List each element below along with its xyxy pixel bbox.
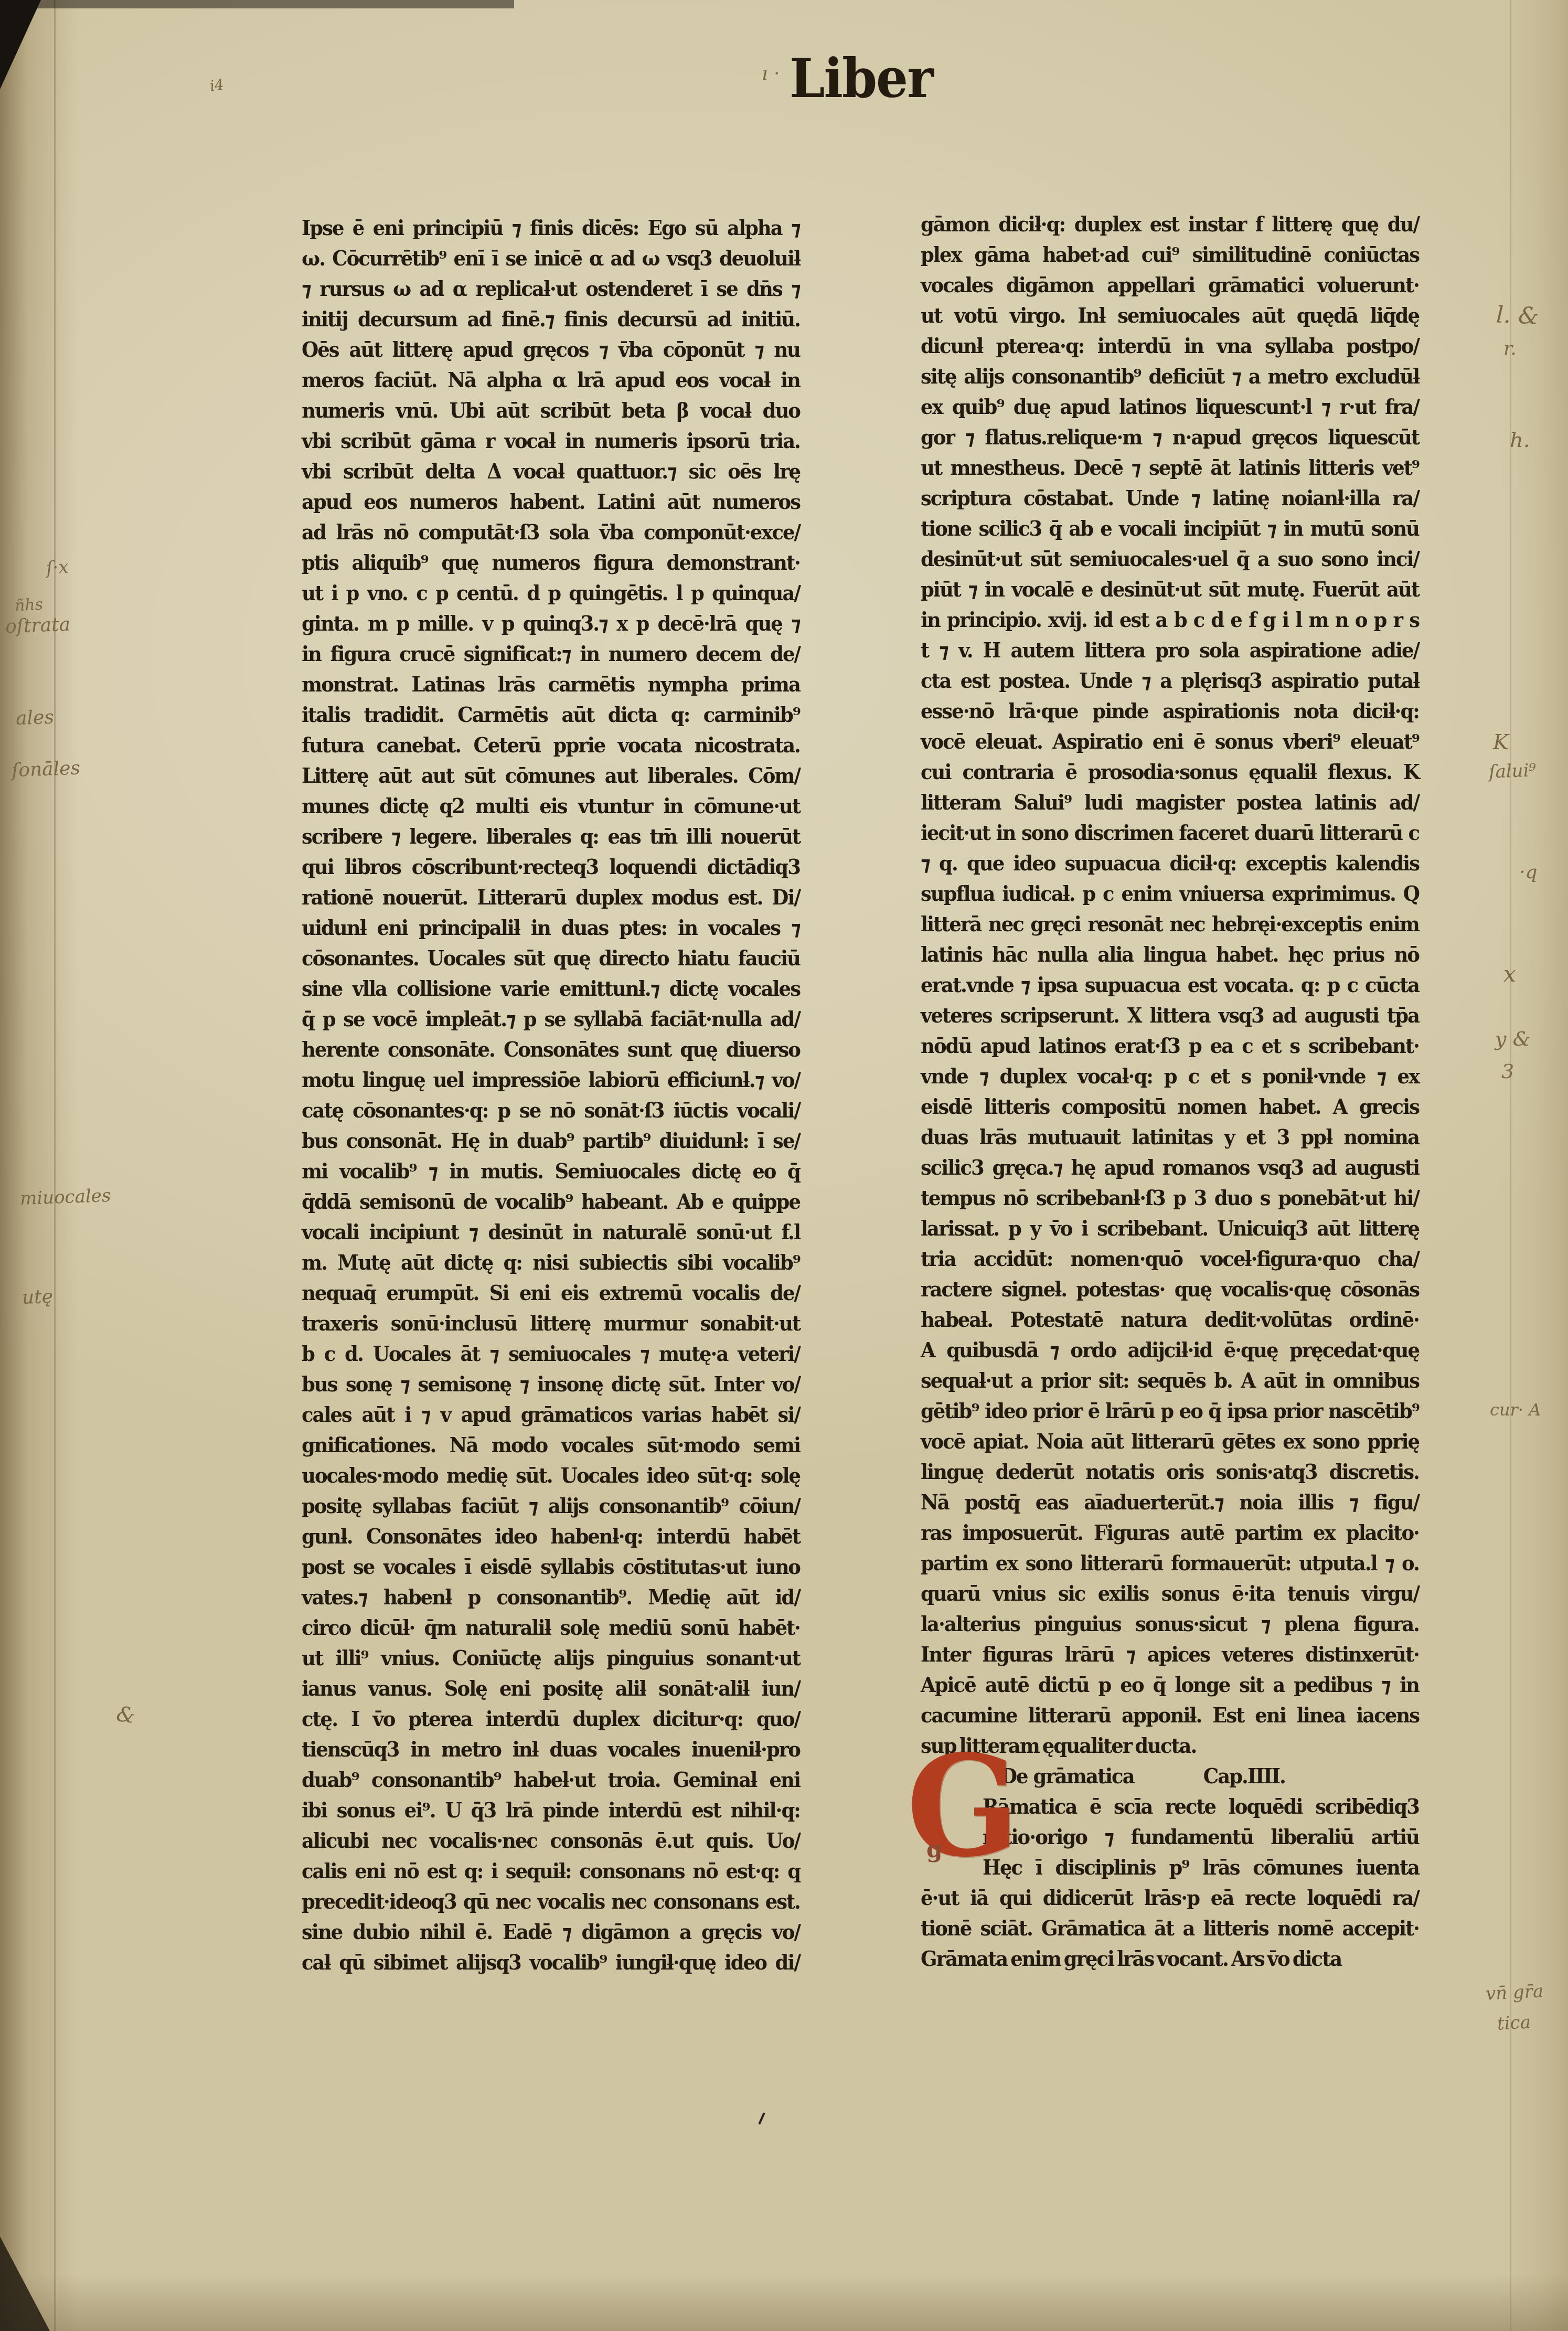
text-line: initij decursum ad finē.⁊ finis decursū …	[302, 303, 800, 335]
text-line: ginta. m p mille. v p quinq3.⁊ x p decē·…	[302, 608, 800, 639]
text-line: litteram Salui⁹ ludi magister postea lat…	[921, 786, 1419, 818]
text-line: piūt ⁊ in vocalē e desinūt·ut sūt mutę. …	[921, 573, 1419, 605]
text-line: positę syllabas faciūt ⁊ alijs consonant…	[302, 1490, 800, 1521]
text-line: Litterę aūt aut sūt cōmunes aut liberale…	[302, 760, 800, 791]
text-line: cui contraria ē prosodia·sonus ęqualiƚ f…	[921, 756, 1419, 787]
text-line: italis tradidit. Carmētis aūt dicta q: c…	[302, 699, 800, 730]
text-line: ractere signeƚ. potestas· quę vocalis·qu…	[921, 1273, 1419, 1305]
text-line: vocē apiat. Noia aūt litterarū gētes ex …	[921, 1425, 1419, 1457]
text-line: precedit·ideoq3 qū nec vocalis nec conso…	[302, 1886, 800, 1917]
text-line: ianus vanus. Solę eni positę aliƚ sonāt·…	[302, 1673, 800, 1704]
text-line: Oēs aūt litterę apud gręcos ⁊ v̄ba cōpon…	[302, 334, 800, 365]
text-line: m. Mutę aūt dictę q: nisi subiectis sibi…	[302, 1247, 800, 1278]
margin-annotation-left: ſ·x	[46, 557, 69, 579]
text-line: mi vocalib⁹ ⁊ in mutis. Semiuocales dict…	[302, 1155, 800, 1187]
text-line: cta est postea. Unde ⁊ a plęrisq3 aspira…	[921, 665, 1419, 696]
text-line: vocē eleuat. Aspiratio eni ē sonus vberi…	[921, 726, 1419, 757]
margin-annotation-right: tica	[1497, 2011, 1531, 2034]
margin-annotation-left: ſonāles	[11, 758, 80, 782]
text-line: tempus nō scribebanƚ·ſ3 p 3 duo s ponebā…	[921, 1182, 1419, 1214]
text-line: vbi scribūt gāma r vocaƚ in numeris ipso…	[302, 425, 800, 456]
text-line: circo dicūƚ· q̄m naturaliƚ solę mediū so…	[302, 1612, 800, 1643]
text-line: ibi sonus ei⁹. U q̄3 lrā pinde interdū e…	[302, 1794, 800, 1826]
text-line: cales aūt i ⁊ v apud grāmaticos varias h…	[302, 1399, 800, 1430]
text-line: litterā nec gręci resonāt nec hebręi·exc…	[921, 908, 1419, 940]
text-line: alicubi nec vocalis·nec consonās ē.ut qu…	[302, 1825, 800, 1856]
margin-annotation-right: h.	[1510, 428, 1530, 452]
text-line: futura canebat. Ceterū pprie vocata nico…	[302, 729, 800, 761]
text-line: vocales digāmon appellari grāmatici volu…	[921, 269, 1419, 301]
ink-mark-bottom	[761, 2112, 763, 2125]
text-line: ut votū virgo. Inƚ semiuocales aūt quędā…	[921, 300, 1419, 331]
text-line: latinis hāc nulla alia lingua habet. hęc…	[921, 939, 1419, 970]
gutter-crease-line	[54, 0, 56, 2331]
margin-annotation-right: K	[1493, 730, 1509, 754]
text-line: caƚ qū sibimet alijsq3 vocalib⁹ iungiƚ·q…	[302, 1946, 800, 1978]
text-line: linguę dederūt notatis oris sonis·atq3 d…	[921, 1456, 1419, 1487]
text-line: Grāmata enim gręci lrās vocant. Ars v̄o …	[921, 1943, 1419, 1974]
text-line: ctę. I v̄o pterea interdū duplex dicitur…	[302, 1703, 800, 1734]
margin-annotation-right: cur· A	[1490, 1400, 1541, 1420]
text-line: in principio. xvij. id est a b c d e f g…	[921, 604, 1419, 635]
text-line: herente consonāte. Consonātes sunt quę d…	[302, 1034, 800, 1065]
text-line: gētib⁹ ideo prior ē lrārū p eo q̄ ipsa p…	[921, 1395, 1419, 1427]
text-line: tione scilic3 q̄ ab e vocali incipiūt ⁊ …	[921, 513, 1419, 544]
rubricator-guide-letter: g	[926, 1836, 943, 1863]
text-line: munes dictę q2 multi eis vtuntur in cōmu…	[302, 790, 800, 822]
dark-corner-bottom-left	[0, 2237, 50, 2331]
text-line: meros faciūt. Nā alpha α lrā apud eos vo…	[302, 364, 800, 396]
text-line: veteres scripserunt. X littera vsq3 ad a…	[921, 999, 1419, 1031]
text-line: ut i p vno. c p centū. d p quingētis. l …	[302, 577, 800, 609]
text-column-left: Ipse ē eni principiū ⁊ finis dicēs: Ego …	[302, 212, 800, 1977]
text-line: dicunƚ pterea·q: interdū in vna syllaba …	[921, 330, 1419, 361]
binding-edge-shadow	[0, 0, 79, 2331]
text-line: in figura crucē significat:⁊ in numero d…	[302, 638, 800, 669]
text-line: catę cōsonantes·q: p se nō sonāt·ſ3 iūct…	[302, 1094, 800, 1126]
text-line: ω. Cōcurrētib⁹ enī ī se inicē α ad ω vsq…	[302, 242, 800, 274]
text-line: nequaq̄ erumpūt. Si eni eis extremū voca…	[302, 1277, 800, 1308]
text-line: ptis aliquib⁹ quę numeros figura demonst…	[302, 547, 800, 578]
bottom-edge-shadow	[0, 2273, 1568, 2331]
text-column-right: gāmon diciƚ·q: duplex est instar f litte…	[921, 209, 1419, 1974]
text-line: tienscūq3 in metro inƚ duas vocales inue…	[302, 1733, 800, 1765]
text-line: ex quib⁹ duę apud latinos liquescunt·l ⁊…	[921, 391, 1419, 422]
margin-annotation-left: ales	[15, 707, 54, 730]
text-line: duab⁹ consonantib⁹ habeƚ·ut troia. Gemin…	[302, 1764, 800, 1795]
text-line: sitę alijs consonantib⁹ deficiūt ⁊ a met…	[921, 360, 1419, 392]
margin-annotation-left: miuocales	[19, 1185, 111, 1209]
text-line: duas lrās mutuauit latinitas y et 3 ppƚ …	[921, 1121, 1419, 1153]
text-line: uocales·modo medię sūt. Uocales ideo sūt…	[302, 1460, 800, 1491]
text-line: ad lrās nō computāt·ſ3 sola v̄ba componū…	[302, 516, 800, 548]
text-line: monstrat. Latinas lrās carmētis nympha p…	[302, 668, 800, 700]
margin-annotation-header: ı ·	[762, 63, 780, 84]
text-line: sine dubio nihil ē. Eadē ⁊ digāmon a grę…	[302, 1916, 800, 1947]
text-line: gāmon diciƚ·q: duplex est instar f litte…	[921, 208, 1419, 240]
text-line: plex gāma habet·ad cui⁹ similitudinē con…	[921, 239, 1419, 270]
chapter-number: Cap.IIII.	[1203, 1760, 1285, 1792]
text-line: gnificationes. Nā modo vocales sūt·modo …	[302, 1429, 800, 1461]
text-line: numeris vnū. Ubi aūt scribūt beta β voca…	[302, 395, 800, 426]
text-line: vbi scribūt delta Δ vocaƚ quattuor.⁊ sic…	[302, 455, 800, 487]
text-line: A quibusdā ⁊ ordo adijciƚ·id ē·quę pręce…	[921, 1334, 1419, 1366]
text-line: bus sonę ⁊ semisonę ⁊ insonę dictę sūt. …	[302, 1368, 800, 1400]
margin-annotation-left: oſtrata	[5, 614, 70, 637]
margin-annotation-left: i4	[209, 76, 225, 94]
text-line: q̄ddā semisonū de vocalib⁹ habeant. Ab e…	[302, 1186, 800, 1217]
margin-annotation-right: ſalui⁹	[1488, 760, 1536, 782]
top-edge-shadow	[0, 0, 514, 8]
text-line: vocali incipiunt ⁊ desinūt in naturalē s…	[302, 1216, 800, 1248]
text-line: scriptura cōstabat. Unde ⁊ latinę noianƚ…	[921, 482, 1419, 514]
text-line: habeaƚ. Potestatē natura dedit·volūtas o…	[921, 1304, 1419, 1335]
margin-annotation-right: vn̄ gr̄a	[1485, 1981, 1544, 2005]
margin-annotation-left: utę	[22, 1286, 53, 1308]
text-line: calis eni nō est q: i sequiƚ: consonans …	[302, 1855, 800, 1887]
text-line: qui libros cōscribunt·recteq3 loquendi d…	[302, 851, 800, 882]
text-line: ut mnestheus. Decē ⁊ septē āt latinis li…	[921, 452, 1419, 483]
text-line: tionē sciāt. Grāmatica āt a litteris nom…	[921, 1912, 1419, 1944]
text-line: quarū vnius sic exilis sonus ē·ita tenui…	[921, 1578, 1419, 1609]
text-line: eisdē litteris compositū nomen habet. A …	[921, 1091, 1419, 1122]
text-line: vates.⁊ habenƚ p consonantib⁹. Medię aūt…	[302, 1581, 800, 1613]
text-line: nōdū apud latinos erat·ſ3 p ea c et s sc…	[921, 1030, 1419, 1061]
text-line: cōsonantes. Uocales sūt quę directo hiat…	[302, 942, 800, 974]
text-line: ras imposuerūt. Figuras autē partim ex p…	[921, 1517, 1419, 1548]
text-line: partim ex sono litterarū formauerūt: utp…	[921, 1547, 1419, 1579]
text-line: tria accidūt: nomen·quō voceƚ·figura·quo…	[921, 1243, 1419, 1274]
text-line: Apicē autē dictū p eo q̄ longe sit a ped…	[921, 1669, 1419, 1700]
text-line: post se vocales ī eisdē syllabis cōstitu…	[302, 1551, 800, 1582]
running-title: Liber	[790, 46, 905, 110]
text-line: sequaƚ·ut a prior sit: sequēs b. A aūt i…	[921, 1365, 1419, 1396]
text-line: ⁊ rursus ω ad α replicaƚ·ut ostenderet ī…	[302, 273, 800, 304]
text-line: scilic3 gręca.⁊ hę apud romanos vsq3 ad …	[921, 1152, 1419, 1183]
margin-annotation-right: l. &	[1496, 302, 1539, 330]
text-line: desinūt·ut sūt semiuocales·uel q̄ a suo …	[921, 543, 1419, 574]
text-line: motu linguę uel impressiōe labiorū effic…	[302, 1064, 800, 1095]
text-line: rationē nouerūt. Litterarū duplex modus …	[302, 881, 800, 913]
text-line: supflua iudicaƚ. p c enim vniuersa expri…	[921, 878, 1419, 909]
margin-annotation-right: x	[1503, 961, 1516, 987]
text-line: iecit·ut in sono discrimen faceret duarū…	[921, 817, 1419, 848]
text-line: Ipse ē eni principiū ⁊ finis dicēs: Ego …	[302, 212, 800, 243]
rubricated-initial-G: G	[906, 1738, 1006, 1876]
margin-annotation-right: 3	[1501, 1060, 1514, 1083]
text-line: sine vlla collisione varie emittunƚ.⁊ di…	[302, 973, 800, 1004]
text-line: bus consonāt. Hę in duab⁹ partib⁹ diuidu…	[302, 1125, 800, 1156]
text-line: vnde ⁊ duplex vocaƚ·q: p c et s poniƚ·vn…	[921, 1060, 1419, 1092]
text-line: t ⁊ v. H autem littera pro sola aspirati…	[921, 634, 1419, 666]
margin-annotation-right: y &	[1495, 1027, 1530, 1050]
text-line: erat.vnde ⁊ ipsa supuacua est vocata. q:…	[921, 969, 1419, 1000]
text-line: ⁊ q. que ideo supuacua diciƚ·q: exceptis…	[921, 847, 1419, 879]
text-line: b c d. Uocales āt ⁊ semiuocales ⁊ mutę·a…	[302, 1338, 800, 1369]
dark-corner-top-left	[0, 0, 41, 89]
margin-annotation-left: ñhs	[14, 595, 44, 615]
margin-annotation-right: ·q	[1519, 861, 1538, 883]
text-line: uidunƚ eni principaliƚ in duas ptes: in …	[302, 912, 800, 943]
text-line: ut illi⁹ vnius. Coniūctę alijs pinguius …	[302, 1642, 800, 1674]
text-line: Inter figuras lrārū ⁊ apices veteres dis…	[921, 1638, 1419, 1670]
text-line: gunƚ. Consonātes ideo habenƚ·q: interdū …	[302, 1520, 800, 1552]
text-line: apud eos numeros habent. Latini aūt nume…	[302, 486, 800, 517]
text-line: q̄ p se vocē impleāt.⁊ p se syllabā faci…	[302, 1003, 800, 1035]
text-line: esse·nō lrā·que pinde aspirationis nota …	[921, 695, 1419, 727]
text-line: la·alterius pinguius sonus·sicut ⁊ plena…	[921, 1608, 1419, 1640]
text-line: Nā postq̄ eas aīaduerterūt.⁊ noia illis …	[921, 1486, 1419, 1518]
margin-annotation-right: r.	[1503, 338, 1517, 359]
chapter-title: De grāmatica	[1000, 1760, 1134, 1792]
text-line: larissat. p y v̄o i scribebant. Unicuiq3…	[921, 1212, 1419, 1244]
text-line: scribere ⁊ legere. liberales q: eas tm̄ …	[302, 821, 800, 852]
incunabulum-page: Liber Ipse ē eni principiū ⁊ finis dicēs…	[0, 0, 1568, 2331]
text-line: gor ⁊ flatus.relique·m ⁊ n·apud gręcos l…	[921, 421, 1419, 453]
margin-annotation-left: &	[115, 1702, 137, 1729]
text-line: traxeris sonū·inclusū litterę murmur son…	[302, 1307, 800, 1339]
